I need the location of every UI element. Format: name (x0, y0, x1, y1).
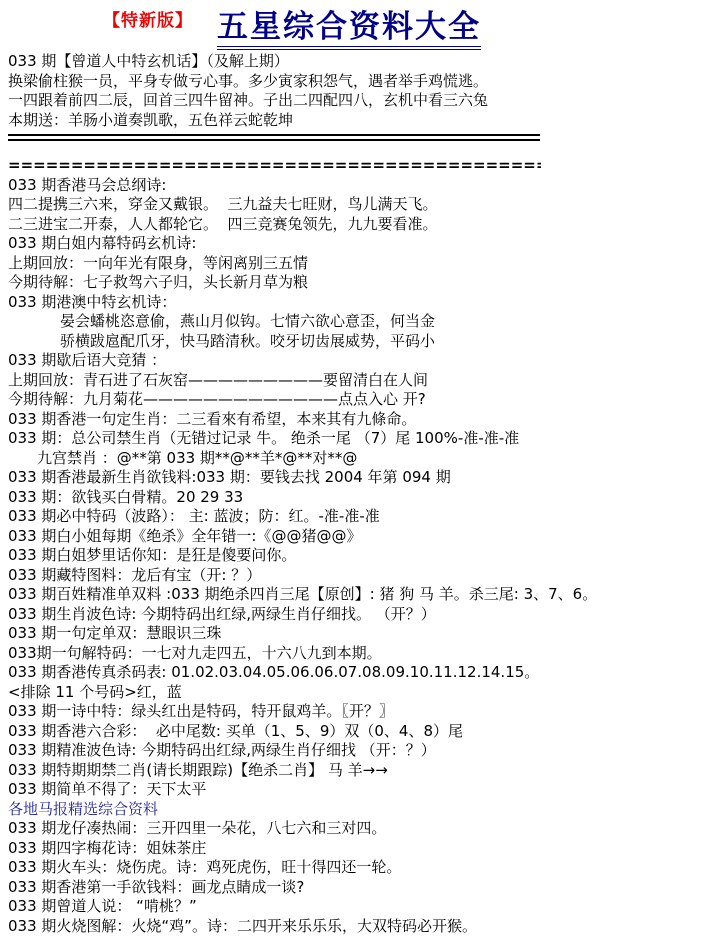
text-line: 033 期必中特码（波路）： 主: 蓝波；防：红。-准-准-准 (8, 507, 725, 527)
text-line: 033 期白姐梦里话你知：是狂是傻要问你。 (8, 546, 725, 566)
text-line: 换梁偷柱猴一员，平身专做亏心事。多少寅家积怨气，遇者举手鸡慌逃。 (8, 72, 725, 92)
text-line: 033 期：总公司禁生肖（无错过记录 牛。 绝杀一尾 （7）尾 100%-准-准… (8, 429, 725, 449)
text-line: 033 期一诗中特：绿头红出是特码，特开鼠鸡羊。〖开？〗 (8, 702, 725, 722)
text-line: 今期待解：九月菊花—————————————点点入心 开? (8, 390, 725, 410)
text-line: 上期回放：一向年光有限身，等闲离别三五情 (8, 254, 725, 274)
text-line: 晏会蟠桃恣意偷，燕山月似钩。七情六欲心意歪，何当金 (8, 312, 725, 332)
text-line: 033 期百姓精准单双料 :033 期绝杀四肖三尾【原创】: 猪 狗 马 羊。杀… (8, 585, 725, 605)
text-line: 033 期曾道人说： “啃桃？” (8, 897, 725, 917)
text-line: 033 期一句定单双：慧眼识三珠 (8, 624, 725, 644)
text-line: 033 期香港马会总纲诗: (8, 176, 725, 196)
text-line: 本期送：羊肠小道奏凯歌，五色祥云蛇乾坤 (8, 111, 725, 131)
text-line: 033 期龙仔凑热闹：三开四里一朵花，八七六和三对四。 (8, 819, 725, 839)
text-line: 033 期精准波色诗: 今期特码出红绿,两绿生肖仔细找 （开：？） (8, 741, 725, 761)
text-line: 033 期香港一句定生肖：二三看來有希望，本来其有九條命。 (8, 410, 725, 430)
text-line: 033 期香港第一手欲钱料：画龙点睛成一谈? (8, 878, 725, 898)
text-line: 骄横跋扈配爪牙，快马踏清秋。咬牙切齿展威势，平码小 (8, 332, 725, 352)
text-line: 二三进宝二开泰，人人都轮它。 四三竞赛兔领先，九九要看准。 (8, 215, 725, 235)
text-line: 033 期白姐内幕特码玄机诗: (8, 234, 725, 254)
text-line: 033期一句解特码：一七对九走四五，十六八九到本期。 (8, 644, 725, 664)
text-line: 033 期火车头：烧伤虎。诗：鸡死虎伤，旺十得四还一轮。 (8, 858, 725, 878)
text-line: <排除 11 个号码>红，蓝 (8, 683, 725, 703)
text-line: 033 期香港最新生肖欲钱料:033 期：要钱去找 2004 年第 094 期 (8, 468, 725, 488)
text-line: 033 期白小姐每期《绝杀》全年错一:《@@猪@@》 (8, 527, 725, 547)
text-line: 033 期：欲钱买白骨精。20 29 33 (8, 488, 725, 508)
separator-equals-row: ========================================… (8, 156, 541, 176)
spacer (8, 144, 725, 156)
edition-badge: 【特新版】 (103, 11, 193, 31)
text-line: 033 期四字梅花诗：姐妹茶庄 (8, 839, 725, 859)
text-line: 033 期特期期禁二肖(请长期跟踪)【绝杀二肖】 马 羊→→ (8, 761, 725, 781)
text-line: 033 期简单不得了：天下太平 (8, 780, 725, 800)
text-line: 033 期歇后语大竞猜 ： (8, 351, 725, 371)
text-line: 033 期生肖波色诗: 今期特码出红绿,两绿生肖仔细找。 （开？） (8, 605, 725, 625)
lottery-info-page: 【特新版】五星综合资料大全 033 期【曾道人中特玄机话】（及解上期）换梁偷柱猴… (0, 0, 725, 936)
text-line: 033 期香港六合彩： 必中尾数: 买单（1、5、9）双（0、4、8）尾 (8, 722, 725, 742)
text-line: 033 期港澳中特玄机诗： (8, 293, 725, 313)
text-line: 033 期【曾道人中特玄机话】（及解上期） (8, 52, 725, 72)
separator-double-rule (8, 134, 540, 141)
text-line: 033 期火烧图解：火烧“鸡”。诗：二四开来乐乐乐，大双特码必开猴。 (8, 917, 725, 936)
section-heading: 各地马报精选综合资料 (8, 800, 725, 820)
text-line: 033 期藏特图料：龙后有宝（开: ？） (8, 566, 725, 586)
page-header: 【特新版】五星综合资料大全 (0, 0, 725, 50)
text-line: 上期回放：青石进了石灰窑—————————要留清白在人间 (8, 371, 725, 391)
document-body: 033 期【曾道人中特玄机话】（及解上期）换梁偷柱猴一员，平身专做亏心事。多少寅… (0, 50, 725, 936)
text-line: 今期待解：七子救驾六子归，头长新月草为粮 (8, 273, 725, 293)
text-line: 九宫禁肖 ：@**第 033 期**@**羊*@**对**@ (8, 449, 725, 469)
text-line: 四二提携三六来，穿金又戴银。 三九益夫七旺财，鸟儿满天飞。 (8, 195, 725, 215)
page-title: 五星综合资料大全 (217, 9, 481, 50)
text-line: 一四跟着前四二辰，回首三四牛留神。子出二四配四八，玄机中看三六兔 (8, 91, 725, 111)
text-line: 033 期香港传真杀码表: 01.02.03.04.05.06.06.07.08… (8, 663, 725, 683)
